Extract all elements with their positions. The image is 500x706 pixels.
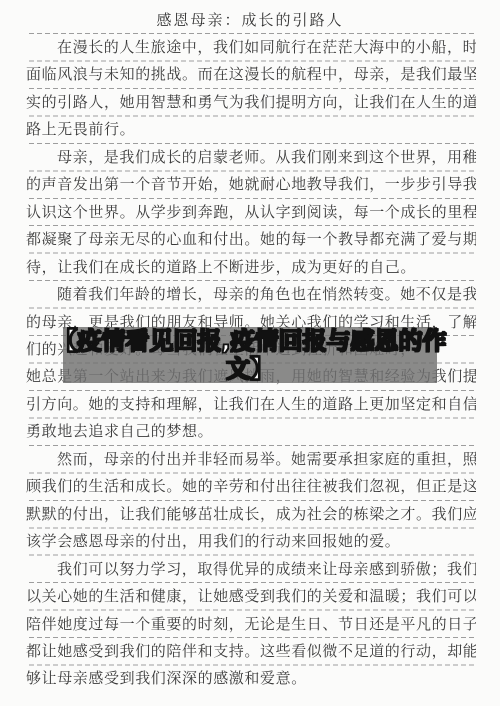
essay-line: 认识这个世界。从学步到奔跑，从认字到阅读，每一个成长的里程碑 (26, 198, 476, 225)
essay-line: 待，让我们在成长的道路上不断进步，成为更好的自己。 (26, 253, 476, 280)
essay-line: 母亲，是我们成长的启蒙老师。从我们刚来到这个世界，用稚嫩 (26, 143, 476, 170)
watermark-text-line1: 【疫情看见回报,疫情回报与感恩的作 (53, 327, 446, 355)
essay-line: 引方向。她的支持和理解，让我们在人生的道路上更加坚定和自信， (26, 390, 476, 417)
essay-line: 以关心她的生活和健康，让她感受到我们的关爱和温暖；我们可以 (26, 582, 476, 609)
essay-title: 感恩母亲：成长的引路人 (0, 8, 500, 33)
essay-line: 陪伴她度过每一个重要的时刻，无论是生日、节日还是平凡的日子， (26, 610, 476, 637)
essay-line: 勇敢地去追求自己的梦想。 (26, 417, 476, 444)
essay-line: 在漫长的人生旅途中，我们如同航行在茫茫大海中的小船，时常 (26, 33, 476, 60)
essay-line: 默默的付出，让我们能够茁壮成长，成为社会的栋梁之才。我们应 (26, 500, 476, 527)
essay-page: 感恩母亲：成长的引路人 在漫长的人生旅途中，我们如同航行在茫茫大海中的小船，时常… (0, 0, 500, 706)
essay-line: 然而，母亲的付出并非轻而易举。她需要承担家庭的重担，照 (26, 445, 476, 472)
essay-line: 顾我们的生活和成长。她的辛劳和付出往往被我们忽视，但正是这些 (26, 472, 476, 499)
watermark-text-line2: 文】 (226, 355, 274, 383)
essay-line: 该学会感恩母亲的付出，用我们的行动来回报她的爱。 (26, 527, 476, 554)
essay-line: 面临风浪与未知的挑战。而在这漫长的航程中，母亲，是我们最坚 (26, 60, 476, 87)
essay-line: 都凝聚了母亲无尽的心血和付出。她的每一个教导都充满了爱与期 (26, 225, 476, 252)
essay-line: 都让她感受到我们的陪伴和支持。这些看似微不足道的行动，却能 (26, 637, 476, 664)
watermark-overlay: 【疫情看见回报,疫情回报与感恩的作 文】 (63, 327, 437, 383)
essay-line: 的声音发出第一个音节开始，她就耐心地教导我们，一步步引导我们 (26, 170, 476, 197)
essay-line: 实的引路人，她用智慧和勇气为我们提明方向，让我们在人生的道 (26, 88, 476, 115)
essay-line: 够让母亲感受到我们深深的感激和爱意。 (26, 664, 476, 691)
essay-line: 随着我们年龄的增长，母亲的角色也在悄然转变。她不仅是我们 (26, 280, 476, 307)
essay-line: 路上无畏前行。 (26, 115, 476, 142)
essay-line: 我们可以努力学习，取得优异的成绩来让母亲感到骄傲；我们可 (26, 555, 476, 582)
